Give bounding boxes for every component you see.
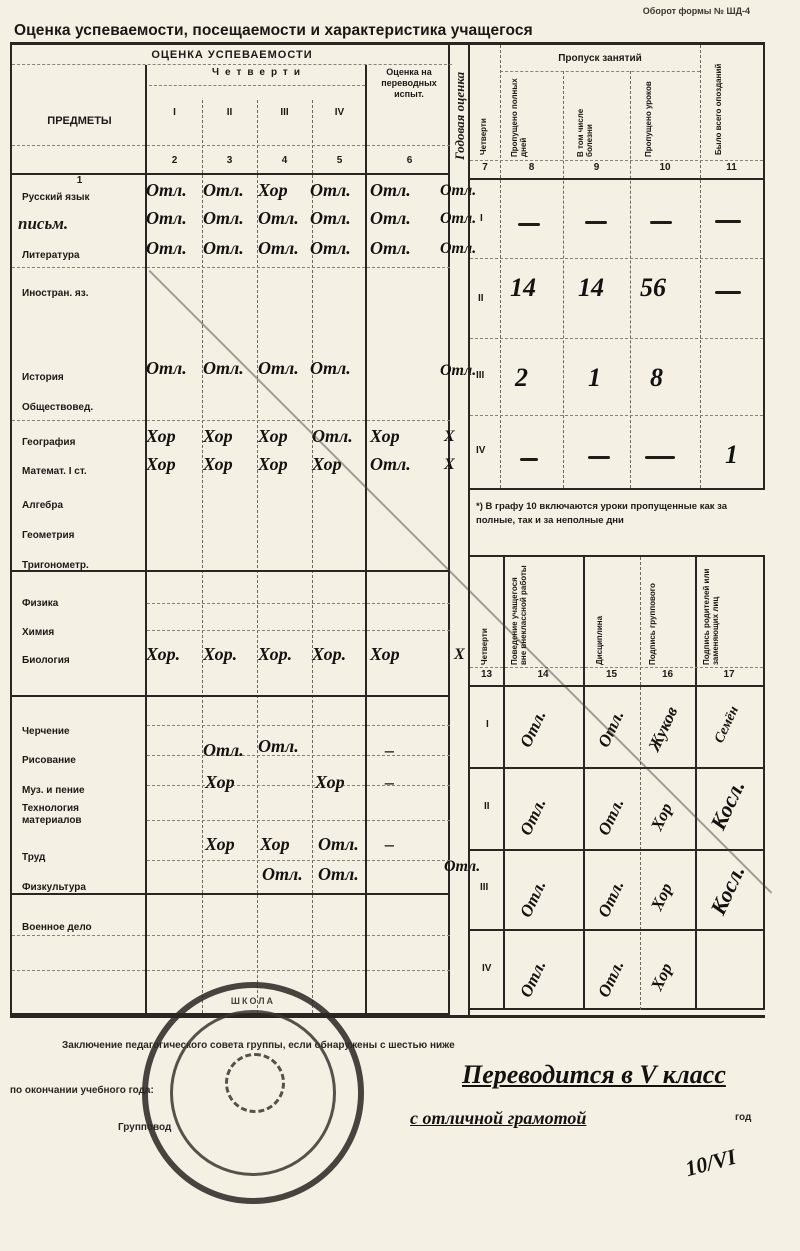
subject-label: Иностран. яз.: [22, 288, 89, 299]
divider: [470, 415, 763, 416]
column-header: Пропущено полных дней: [510, 77, 550, 157]
column-number: 6: [382, 155, 437, 166]
grade-cell: Хор: [260, 834, 290, 855]
grade-cell: Хор: [258, 426, 288, 447]
divider: [470, 929, 763, 931]
empty-mark: [715, 220, 741, 223]
footer-rule: [10, 1015, 765, 1018]
divider: [470, 160, 763, 161]
grade-cell: Хор.: [258, 644, 292, 665]
grade-cell: Отл.: [318, 834, 359, 855]
divider: [470, 338, 763, 339]
divider: [470, 685, 763, 687]
subject-label: Физика: [22, 598, 58, 609]
empty-mark: [588, 456, 610, 459]
parent-signature: Косл.: [705, 776, 750, 834]
divider: [470, 767, 763, 769]
grade-cell: Хор: [146, 454, 176, 475]
parent-signature: Косл.: [705, 861, 750, 919]
year-suffix: год: [735, 1112, 751, 1123]
empty-mark: [520, 458, 538, 461]
days-missed: 2: [515, 363, 528, 393]
grade-cell: Отл.: [262, 864, 303, 885]
column-number: 5: [312, 155, 367, 166]
column-number: 17: [695, 669, 763, 680]
column-header: Было всего опозданий: [714, 60, 754, 155]
divider: [312, 100, 313, 1013]
empty-mark: [585, 221, 607, 224]
grade-cell: Хор.: [146, 644, 180, 665]
column-number: 9: [563, 162, 630, 173]
attendance-title: Пропуск занятий: [500, 53, 700, 64]
column-header: Дисциплина: [595, 565, 625, 665]
grade-cell: Отл.: [146, 238, 187, 259]
attendance-table: Пропуск занятий Четверти Пропущено полны…: [470, 45, 765, 490]
subject-label: География: [22, 437, 75, 448]
column-number: 14: [503, 669, 583, 680]
divider: [147, 785, 450, 786]
quarter-label: III: [257, 107, 312, 118]
divider: [695, 557, 697, 1010]
divider: [12, 267, 450, 268]
attendance-footnote: *) В графу 10 включаются уроки пропущенн…: [476, 500, 761, 528]
lessons-missed: 56: [640, 273, 666, 303]
divider: [470, 178, 763, 180]
days-missed: 14: [510, 273, 536, 303]
column-header: Поведение учащегося вне внеклассной рабо…: [510, 565, 574, 665]
column-number: 4: [257, 155, 312, 166]
column-number: 7: [470, 162, 500, 173]
grade-cell: Хор.: [203, 644, 237, 665]
quarter-label: I: [147, 107, 202, 118]
grade-cell: Отл.: [370, 180, 411, 201]
form-number: Оборот формы № ШД-4: [643, 6, 750, 16]
subject-label: Военное дело: [22, 922, 92, 933]
document-title: Оценка успеваемости, посещаемости и хара…: [14, 22, 533, 40]
grade-cell: Хор: [315, 772, 345, 793]
subjects-header-label: ПРЕДМЕТЫ: [12, 115, 147, 127]
subject-label: Биология: [22, 655, 70, 666]
column-header: Пропущено уроков: [644, 77, 684, 157]
grade-cell: Отл.: [203, 208, 244, 229]
divider: [149, 85, 365, 86]
divider: [12, 420, 450, 421]
emblem-icon: [225, 1053, 285, 1113]
grade-cell: Отл.: [370, 454, 411, 475]
column-number: 3: [202, 155, 257, 166]
divider: [12, 970, 450, 971]
discipline-grade: Отл.: [594, 795, 628, 838]
report-card-page: Оборот формы № ШД-4 Оценка успеваемости,…: [0, 0, 800, 1251]
empty-mark: [650, 221, 672, 224]
lessons-missed: 8: [650, 363, 663, 393]
discipline-grade: Отл.: [594, 877, 628, 920]
grade-cell: Отл.: [370, 208, 411, 229]
subjects-header: ПРЕДМЕТЫ 1: [12, 65, 147, 195]
subject-label: Рисование: [22, 755, 76, 766]
column-number: 15: [583, 669, 640, 680]
quarter-label: III: [480, 882, 488, 893]
column-number: 10: [630, 162, 700, 173]
promotion-decision: Переводится в V класс: [462, 1060, 726, 1090]
column-header: Подпись родителей или заменяющих лиц: [702, 565, 758, 665]
behavior-grade: Отл.: [516, 707, 550, 750]
grade-cell: –: [385, 834, 394, 855]
subject-label: Русский язык: [22, 192, 90, 203]
empty-mark: [518, 223, 540, 226]
divider: [700, 45, 701, 488]
grade-cell: –: [385, 772, 394, 793]
subject-label: Математ. I ст.: [22, 466, 87, 477]
subject-label: Обществовед.: [22, 402, 93, 413]
subject-label: Муз. и пение: [22, 785, 85, 796]
subject-label: Литература: [22, 250, 80, 261]
parent-signature: Семён: [712, 704, 743, 746]
school-stamp: ШКОЛА: [142, 982, 364, 1204]
grade-cell: Хор: [203, 426, 233, 447]
grade-cell: Отл.: [310, 238, 351, 259]
divider: [202, 100, 203, 1013]
column-header: Подпись группового: [648, 565, 688, 665]
subject-label: История: [22, 372, 64, 383]
grades-section-title: ОЦЕНКА УСПЕВАЕМОСТИ: [12, 45, 452, 65]
grade-cell: Отл.: [318, 864, 359, 885]
grade-cell: Отл.: [310, 180, 351, 201]
stamp-text: ШКОЛА: [148, 996, 358, 1006]
divider: [470, 849, 763, 851]
empty-mark: [715, 291, 741, 294]
subject-label: Труд: [22, 852, 45, 863]
grade-cell: Отл.: [370, 238, 411, 259]
quarter-label: II: [478, 293, 484, 304]
grade-cell: Хор: [258, 180, 288, 201]
subject-label: Алгебра: [22, 500, 63, 511]
grade-cell: Отл.: [146, 358, 187, 379]
grade-cell: Хор: [205, 834, 235, 855]
quarter-label: IV: [312, 107, 367, 118]
divider: [583, 557, 585, 1010]
yearly-column: [448, 45, 470, 1015]
illness-days: 14: [578, 273, 604, 303]
grade-cell: Отл.: [258, 358, 299, 379]
grade-cell: Хор: [258, 454, 288, 475]
divider: [147, 603, 450, 604]
teacher-signature: Хор: [647, 800, 677, 834]
column-number: 16: [640, 669, 695, 680]
quarter-label: I: [480, 213, 483, 224]
grade-cell: Хор.: [312, 644, 346, 665]
divider: [12, 145, 450, 146]
behavior-grade: Отл.: [516, 957, 550, 1000]
grade-cell: Отл.: [258, 736, 299, 757]
divider: [470, 258, 763, 259]
divider: [500, 71, 700, 72]
grade-cell: Хор: [146, 426, 176, 447]
subject-label: Технология материалов: [22, 803, 134, 827]
divider: [640, 557, 641, 1010]
quarter-label: III: [476, 370, 484, 381]
quarter-label: II: [484, 801, 490, 812]
grade-cell: Отл.: [312, 426, 353, 447]
column-number: 8: [500, 162, 563, 173]
divider: [12, 935, 450, 936]
grade-cell: Отл.: [146, 208, 187, 229]
grade-cell: Хор: [370, 644, 400, 665]
column-header: Четверти: [479, 65, 488, 155]
grade-cell: –: [385, 740, 394, 761]
date-note: 10/VI: [683, 1144, 739, 1182]
divider: [147, 725, 450, 726]
grade-cell: Отл.: [203, 238, 244, 259]
column-number: 1: [12, 175, 147, 186]
divider: [147, 860, 450, 861]
illness-days: 1: [588, 363, 601, 393]
subject-label: Черчение: [22, 726, 70, 737]
conduct-table: Четверти Поведение учащегося вне внеклас…: [470, 555, 765, 1010]
discipline-grade: Отл.: [594, 957, 628, 1000]
empty-mark: [645, 456, 675, 459]
divider: [12, 173, 450, 175]
teacher-signature: Жуков: [644, 704, 682, 755]
grade-cell: Хор: [203, 454, 233, 475]
grade-cell: Отл.: [146, 180, 187, 201]
divider: [563, 71, 564, 488]
exam-header: Оценка на переводных испыт.: [369, 67, 449, 100]
award-note: с отличной грамотой: [410, 1108, 586, 1129]
grade-cell: Отл.: [258, 238, 299, 259]
subject-label: Тригонометр.: [22, 560, 89, 571]
divider: [147, 820, 450, 821]
grade-cell: Отл.: [310, 358, 351, 379]
column-number: 13: [470, 669, 503, 680]
divider: [500, 45, 501, 488]
quarter-label: IV: [482, 963, 491, 974]
column-header: Четверти: [480, 565, 489, 665]
divider: [12, 893, 450, 895]
grade-cell: Отл.: [203, 180, 244, 201]
yearly-header: Годовая оценка: [452, 72, 468, 160]
column-number: 2: [147, 155, 202, 166]
subject-label: письм.: [18, 214, 68, 234]
behavior-grade: Отл.: [516, 795, 550, 838]
teacher-signature: Хор: [647, 960, 677, 994]
grade-cell: Хор: [370, 426, 400, 447]
quarter-label: I: [486, 719, 489, 730]
column-header: В том числе болезни: [576, 77, 616, 157]
divider: [257, 100, 258, 1013]
quarter-label: II: [202, 107, 257, 118]
divider: [12, 695, 450, 697]
quarters-header: Четверти: [149, 67, 369, 78]
grade-cell: Отл.: [310, 208, 351, 229]
grade-cell: Хор: [205, 772, 235, 793]
behavior-grade: Отл.: [516, 877, 550, 920]
quarter-label: IV: [476, 445, 485, 456]
teacher-signature: Хор: [647, 880, 677, 914]
grade-cell: Отл.: [258, 208, 299, 229]
year-end-label: по окончании учебного года:: [10, 1085, 154, 1096]
subject-label: Химия: [22, 627, 54, 638]
divider: [147, 630, 450, 631]
divider: [365, 65, 367, 1013]
subject-label: Геометрия: [22, 530, 75, 541]
divider: [630, 71, 631, 488]
late-count: 1: [725, 440, 738, 470]
stamp-inner-ring: [170, 1010, 336, 1176]
subject-label: Физкультура: [22, 882, 86, 893]
divider: [470, 667, 763, 668]
grade-cell: Отл.: [203, 740, 244, 761]
column-number: 11: [700, 162, 763, 173]
